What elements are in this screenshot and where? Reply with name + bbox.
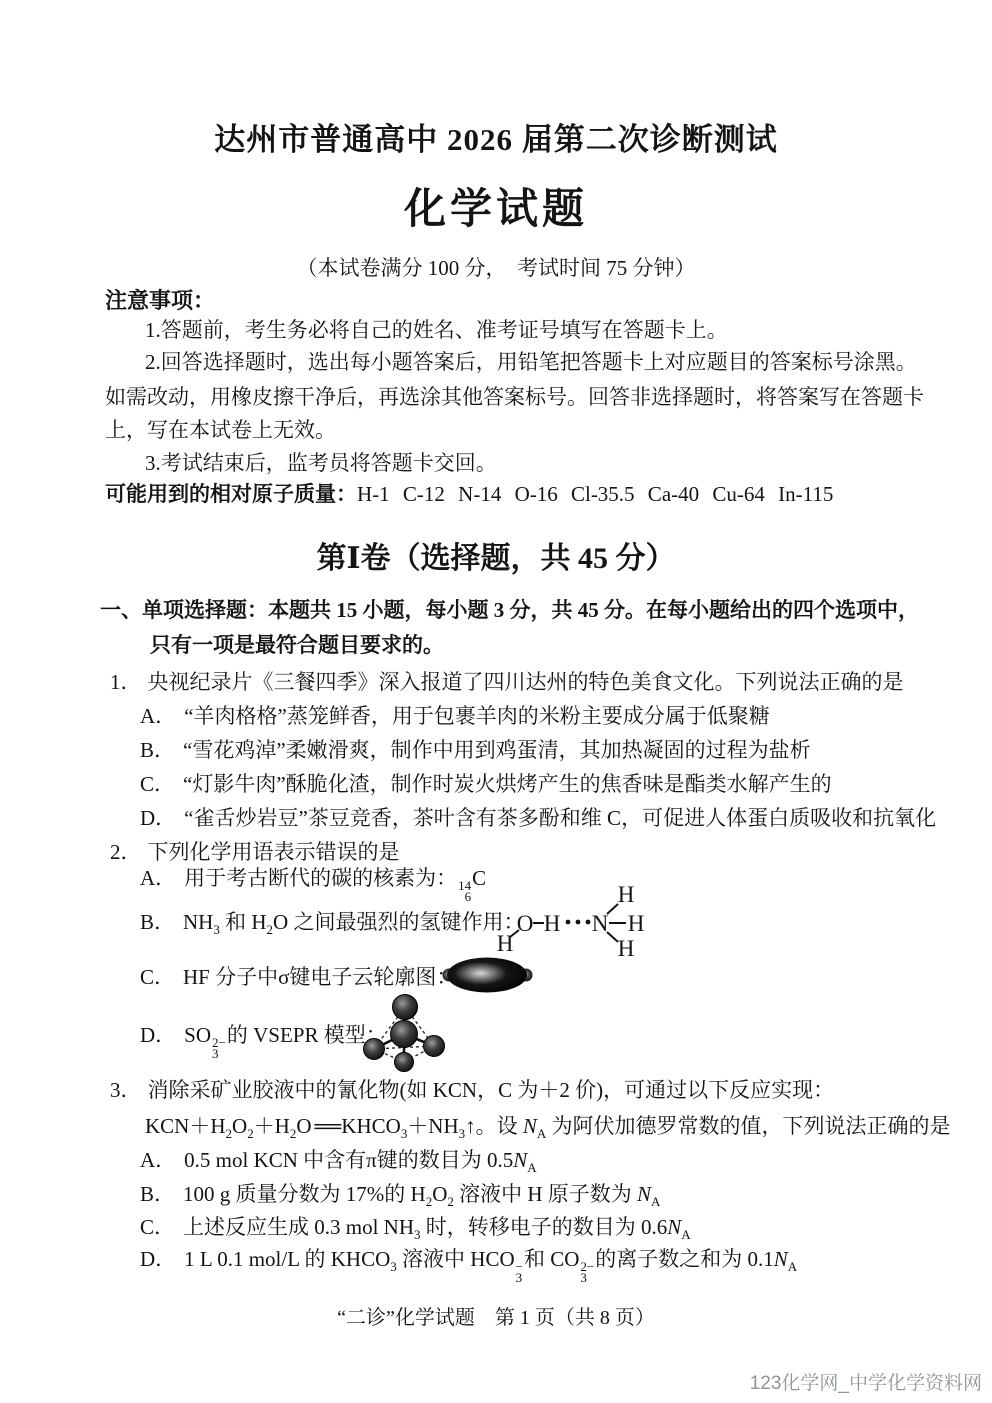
atom-label: O: [517, 911, 534, 936]
question-3-option-d: D．1 L 0.1 mol/L 的 KHCO3 溶液中 HCO−3和 CO2−3…: [140, 1243, 797, 1283]
atom-label: H: [618, 936, 635, 961]
page-title: 达州市普通高中 2026 届第二次诊断测试: [0, 114, 992, 159]
directive-line-2: 只有一项是最符合题目要求的。: [150, 629, 444, 659]
exam-info: （本试卷满分 100 分， 考试时间 75 分钟）: [0, 252, 992, 282]
question-1-option-b: B．“雪花鸡淖”柔嫩滑爽，制作中用到鸡蛋清，其加热凝固的过程为盐析: [140, 734, 811, 764]
question-1-stem: 1．央视纪录片《三餐四季》深入报道了四川达州的特色美食文化。下列说法正确的是: [110, 666, 904, 696]
section-title: 第Ⅰ卷（选择题，共 45 分）: [0, 533, 992, 577]
option-text: 上述反应生成 0.3 mol NH3 时，转移电子的数目为 0.6NA: [183, 1215, 691, 1239]
question-1-option-d: D．“雀舌炒岩豆”茶豆竞香，茶叶含有茶多酚和维 C，可促进人体蛋白质吸收和抗氧化: [140, 802, 936, 832]
option-label: B．: [140, 738, 175, 762]
question-3-option-a: A．0.5 mol KCN 中含有π键的数目为 0.5NA: [140, 1144, 537, 1174]
subject-title: 化学试题: [0, 176, 992, 236]
option-text: “羊肉格格”蒸笼鲜香，用于包裹羊肉的米粉主要成分属于低聚糖: [184, 704, 770, 728]
option-label: C．: [140, 1215, 175, 1239]
option-text: NH3 和 H2O 之间最强烈的氢键作用：: [183, 910, 524, 934]
question-2-number: 2．: [110, 840, 142, 864]
atomic-masses-values: H-1 C-12 N-14 O-16 Cl-35.5 Ca-40 Cu-64 I…: [357, 482, 833, 506]
atom-label: H: [544, 911, 561, 936]
vsepr-model-icon: [360, 988, 452, 1072]
option-text: 1 L 0.1 mol/L 的 KHCO3 溶液中 HCO−3和 CO2−3的离…: [184, 1247, 797, 1271]
option-label: D．: [140, 1247, 176, 1271]
question-1-text: 央视纪录片《三餐四季》深入报道了四川达州的特色美食文化。下列说法正确的是: [148, 670, 904, 694]
watermark: 123化学网_中学化学资料网: [750, 1368, 982, 1395]
option-text: 100 g 质量分数为 17%的 H2O2 溶液中 H 原子数为 NA: [183, 1182, 660, 1206]
question-3-number: 3．: [110, 1078, 142, 1102]
question-2-option-b: B．NH3 和 H2O 之间最强烈的氢键作用：: [140, 906, 524, 936]
notice-line-2a: 2.回答选择题时，选出每小题答案后，用铅笔把答题卡上对应题目的答案标号涂黑。: [105, 346, 917, 376]
option-text: “雪花鸡淖”柔嫩滑爽，制作中用到鸡蛋清，其加热凝固的过程为盐析: [183, 738, 811, 762]
notice-line-2b: 如需改动，用橡皮擦干净后，再选涂其他答案标号。回答非选择题时，将答案写在答题卡: [105, 381, 924, 411]
atomic-masses-label: 可能用到的相对原子质量：: [105, 483, 357, 506]
option-label: C．: [140, 772, 175, 796]
option-text: HF 分子中σ键电子云轮廓图：: [183, 965, 457, 989]
question-1-option-a: A．“羊肉格格”蒸笼鲜香，用于包裹羊肉的米粉主要成分属于低聚糖: [140, 700, 770, 730]
option-label: D．: [140, 1023, 176, 1047]
question-1-option-c: C．“灯影牛肉”酥脆化渣，制作时炭火烘烤产生的焦香味是酯类水解产生的: [140, 768, 832, 798]
question-3-option-c: C．上述反应生成 0.3 mol NH3 时，转移电子的数目为 0.6NA: [140, 1211, 691, 1241]
question-3-option-b: B．100 g 质量分数为 17%的 H2O2 溶液中 H 原子数为 NA: [140, 1178, 660, 1208]
option-label: C．: [140, 965, 175, 989]
atomic-masses-line: 可能用到的相对原子质量：H-1 C-12 N-14 O-16 Cl-35.5 C…: [105, 478, 833, 508]
question-1-number: 1．: [110, 670, 142, 694]
option-text: “灯影牛肉”酥脆化渣，制作时炭火烘烤产生的焦香味是酯类水解产生的: [183, 772, 832, 796]
question-2-option-a: A．用于考古断代的碳的核素为：146C: [140, 862, 486, 902]
question-2-text: 下列化学用语表示错误的是: [148, 840, 400, 864]
atom-label: N: [592, 911, 609, 936]
notice-line-3: 3.考试结束后，监考员将答题卡交回。: [105, 447, 497, 477]
sigma-electron-cloud-icon: [440, 951, 540, 999]
option-label: B．: [140, 1182, 175, 1206]
question-3-text: 消除采矿业胶液中的氰化物(如 KCN，C 为＋2 价)，可通过以下反应实现：: [148, 1078, 835, 1102]
notice-line-1: 1.答题前，考生务必将自己的姓名、准考证号填写在答题卡上。: [105, 314, 728, 344]
option-label: B．: [140, 910, 175, 934]
option-text: 0.5 mol KCN 中含有π键的数目为 0.5NA: [184, 1148, 537, 1172]
notice-label: 注意事项：: [105, 284, 215, 315]
notice-line-2c: 上，写在本试卷上无效。: [105, 414, 336, 444]
atom-label: H: [618, 884, 635, 907]
directive-line-1: 一、单项选择题：本题共 15 小题，每小题 3 分，共 45 分。在每小题给出的…: [100, 594, 919, 624]
question-3-equation: KCN＋H2O2＋H2O══KHCO3＋NH3↑。设 NA 为阿伏加德罗常数的值…: [145, 1110, 951, 1140]
question-2-option-d: D．SO2−3的 VSEPR 模型：: [140, 1019, 387, 1059]
option-text: 用于考古断代的碳的核素为：146C: [184, 866, 486, 890]
atom-label: H: [628, 911, 645, 936]
option-label: A．: [140, 704, 176, 728]
question-2-option-c: C．HF 分子中σ键电子云轮廓图：: [140, 961, 457, 991]
option-text: “雀舌炒岩豆”茶豆竞香，茶叶含有茶多酚和维 C，可促进人体蛋白质吸收和抗氧化: [184, 806, 936, 830]
question-3-stem: 3．消除采矿业胶液中的氰化物(如 KCN，C 为＋2 价)，可通过以下反应实现：: [110, 1074, 834, 1104]
option-label: A．: [140, 866, 176, 890]
option-label: A．: [140, 1148, 176, 1172]
option-label: D．: [140, 806, 176, 830]
exam-paper-page: 达州市普通高中 2026 届第二次诊断测试 化学试题 （本试卷满分 100 分，…: [0, 0, 992, 1403]
page-footer: “二诊”化学试题 第 1 页（共 8 页）: [0, 1301, 992, 1330]
option-text: SO2−3的 VSEPR 模型：: [184, 1023, 387, 1047]
